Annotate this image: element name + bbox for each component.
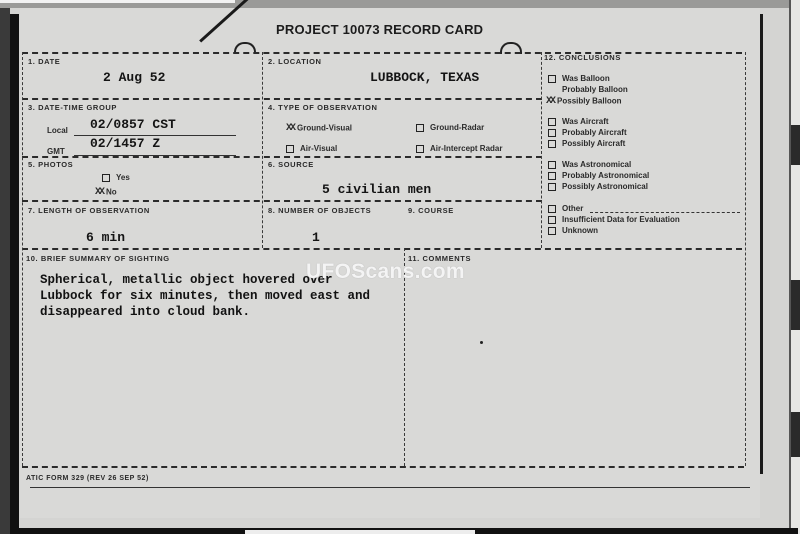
conclusion-was-astronomical[interactable]: Was Astronomical <box>548 160 631 169</box>
option-label: Was Aircraft <box>562 117 609 126</box>
ink-speck <box>480 341 483 344</box>
observation-type-label: 4. TYPE OF OBSERVATION <box>268 103 377 112</box>
watermark: UFOScans.com <box>306 260 465 284</box>
divider-right <box>745 52 746 466</box>
option-air-visual[interactable]: Air-Visual <box>286 144 337 153</box>
divider-row4 <box>22 248 742 250</box>
option-label: Air-Visual <box>300 144 337 153</box>
divider-left <box>22 52 23 466</box>
checkbox-icon <box>548 227 556 235</box>
local-time-label: Local <box>47 126 68 135</box>
checkbox-icon <box>548 129 556 137</box>
option-label: Yes <box>116 173 130 182</box>
divider-row2 <box>22 156 542 158</box>
scan-artifact <box>791 280 800 330</box>
option-label: Probably Balloon <box>562 85 628 94</box>
checkbox-icon <box>548 118 556 126</box>
conclusion-possibly-aircraft[interactable]: Possibly Aircraft <box>548 139 625 148</box>
checked-x-mark: XX <box>286 123 294 134</box>
checkbox-icon <box>548 205 556 213</box>
location-value: LUBBOCK, TEXAS <box>370 70 479 85</box>
checkbox-icon <box>548 75 556 83</box>
checked-x-mark: XX <box>95 187 103 198</box>
course-label: 9. COURSE <box>408 206 454 215</box>
conclusion-probably-balloon[interactable]: Probably Balloon <box>548 85 628 94</box>
conclusion-probably-astronomical[interactable]: Probably Astronomical <box>548 171 649 180</box>
card-left-border <box>10 14 19 534</box>
checkbox-icon <box>548 216 556 224</box>
option-label: Possibly Aircraft <box>562 139 625 148</box>
form-number: ATIC FORM 329 (REV 26 SEP 52) <box>26 475 149 482</box>
option-label: No <box>106 188 117 197</box>
summary-label: 10. BRIEF SUMMARY OF SIGHTING <box>26 254 170 263</box>
checkbox-icon <box>286 145 294 153</box>
option-label: Was Astronomical <box>562 160 631 169</box>
option-label: Ground-Radar <box>430 123 484 132</box>
date-time-group-label: 3. DATE-TIME GROUP <box>28 103 117 112</box>
conclusion-was-aircraft[interactable]: Was Aircraft <box>548 117 609 126</box>
checkbox-icon <box>548 86 556 94</box>
other-underline <box>590 212 740 213</box>
photos-label: 5. PHOTOS <box>28 160 73 169</box>
checkbox-icon <box>416 124 424 132</box>
conclusion-possibly-balloon[interactable]: XXPossibly Balloon <box>546 96 621 107</box>
card-right-border <box>760 14 763 474</box>
option-label: Ground-Visual <box>297 124 352 133</box>
gmt-time-label: GMT <box>47 147 65 156</box>
location-label: 2. LOCATION <box>268 57 322 66</box>
checkbox-icon <box>102 174 110 182</box>
conclusion-insufficient-data[interactable]: Insufficient Data for Evaluation <box>548 215 680 224</box>
conclusion-was-balloon[interactable]: Was Balloon <box>548 74 610 83</box>
divider-col2 <box>541 52 542 248</box>
conclusion-other[interactable]: Other <box>548 204 583 213</box>
source-value: 5 civilian men <box>322 182 431 197</box>
divider-row1 <box>22 98 542 100</box>
gmt-time-underline <box>74 155 236 156</box>
scan-artifact <box>791 125 800 165</box>
date-label: 1. DATE <box>28 57 60 66</box>
local-time-value: 02/0857 CST <box>90 117 176 132</box>
checkbox-icon <box>416 145 424 153</box>
option-label: Unknown <box>562 226 598 235</box>
card-title: PROJECT 10073 RECORD CARD <box>276 22 483 37</box>
conclusion-unknown[interactable]: Unknown <box>548 226 598 235</box>
form-underline <box>30 487 750 488</box>
scan-bottom-highlight <box>245 530 475 534</box>
option-label: Probably Aircraft <box>562 128 627 137</box>
divider-row3 <box>22 200 542 202</box>
option-label: Was Balloon <box>562 74 610 83</box>
object-count-value: 1 <box>312 230 320 245</box>
divider-top <box>22 52 742 54</box>
conclusions-label: 12. CONCLUSIONS <box>544 53 621 62</box>
option-label: Other <box>562 204 583 213</box>
conclusion-possibly-astronomical[interactable]: Possibly Astronomical <box>548 182 648 191</box>
divider-col1 <box>262 52 263 248</box>
option-label: Air-Intercept Radar <box>430 144 502 153</box>
option-ground-visual[interactable]: XXGround-Visual <box>286 123 352 134</box>
option-label: Insufficient Data for Evaluation <box>562 215 680 224</box>
option-label: Possibly Balloon <box>557 97 621 106</box>
option-air-intercept-radar[interactable]: Air-Intercept Radar <box>416 144 502 153</box>
date-value: 2 Aug 52 <box>103 70 165 85</box>
divider-bottom <box>22 466 744 468</box>
source-label: 6. SOURCE <box>268 160 314 169</box>
option-photos-no[interactable]: XXNo <box>95 187 117 198</box>
option-label: Possibly Astronomical <box>562 182 648 191</box>
scan-artifact <box>791 412 800 457</box>
conclusion-probably-aircraft[interactable]: Probably Aircraft <box>548 128 627 137</box>
option-ground-radar[interactable]: Ground-Radar <box>416 123 484 132</box>
checkbox-icon <box>548 183 556 191</box>
observation-length-label: 7. LENGTH OF OBSERVATION <box>28 206 150 215</box>
scan-left-edge <box>0 8 10 534</box>
gmt-time-value: 02/1457 Z <box>90 136 160 151</box>
checked-x-mark: XX <box>546 96 554 107</box>
checkbox-icon <box>548 140 556 148</box>
object-count-label: 8. NUMBER OF OBJECTS <box>268 206 371 215</box>
checkbox-icon <box>548 161 556 169</box>
observation-length-value: 6 min <box>86 230 125 245</box>
checkbox-icon <box>548 172 556 180</box>
option-label: Probably Astronomical <box>562 171 649 180</box>
scan-top-highlight <box>0 0 235 3</box>
option-photos-yes[interactable]: Yes <box>102 173 130 182</box>
